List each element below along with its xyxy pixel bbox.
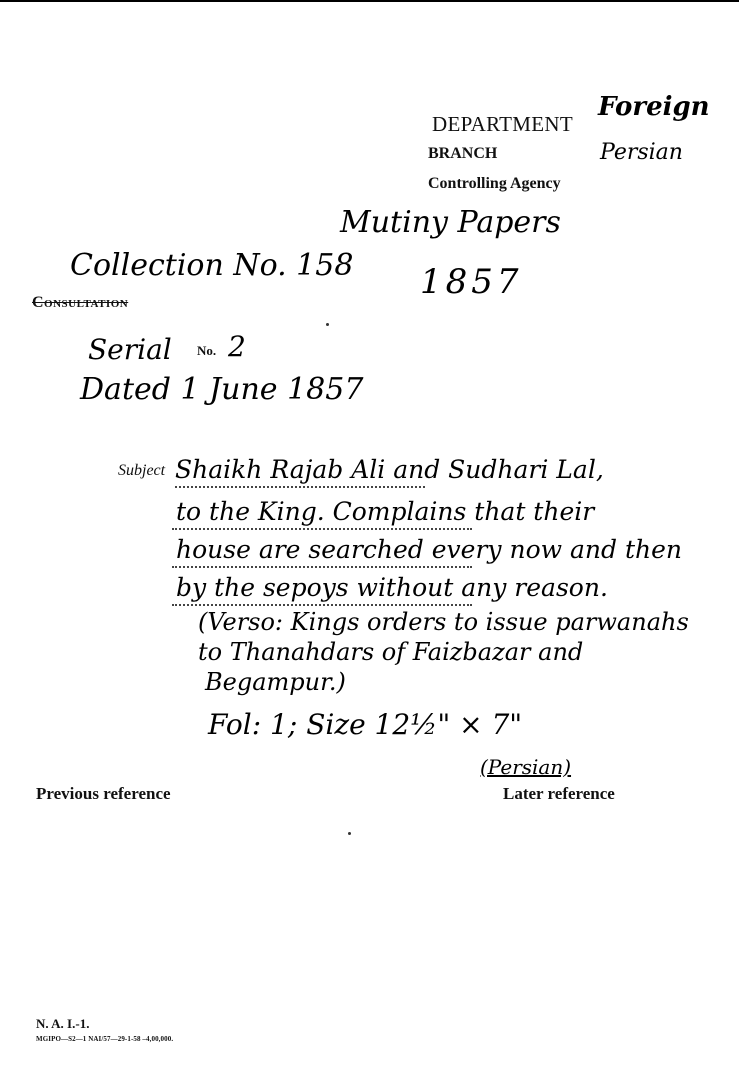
controlling-agency-label: Controlling Agency	[428, 175, 561, 193]
later-reference-label: Later reference	[503, 784, 615, 804]
form-code: N. A. I.-1.	[36, 1016, 89, 1032]
verso-note-line: Begampur.)	[205, 668, 346, 696]
title-year: 1857	[420, 262, 523, 302]
branch-label: BRANCH	[428, 145, 497, 163]
previous-reference-label: Previous reference	[36, 784, 171, 804]
verso-note-line: (Verso: Kings orders to issue parwanahs	[198, 608, 689, 636]
folio-size: Fol: 1; Size 12½" × 7"	[208, 708, 522, 741]
dated-field: Dated 1 June 1857	[80, 372, 363, 407]
department-label: DEPARTMENT	[432, 112, 573, 137]
serial-label: Serial	[88, 333, 172, 366]
subject-text: by the sepoys without any reason.	[176, 573, 608, 602]
subject-line: by the sepoys without any reason.	[172, 568, 472, 606]
branch-value: Persian	[600, 140, 683, 165]
title-note: Mutiny Papers	[340, 205, 561, 240]
subject-line: house are searched every now and then	[172, 530, 472, 568]
subject-text: Shaikh Rajab Ali and Sudhari Lal,	[175, 455, 604, 484]
print-code: MGIPO—S2—1 NAI/57—29-1-58 –4,00,000.	[36, 1035, 173, 1043]
speck	[326, 323, 329, 326]
serial-no-label: No.	[197, 343, 216, 359]
subject-text: house are searched every now and then	[176, 535, 682, 564]
subject-text: to the King. Complains that their	[176, 497, 594, 526]
verso-note-line: to Thanahdars of Faizbazar and	[198, 638, 583, 666]
speck	[348, 832, 351, 835]
serial-value: 2	[228, 330, 246, 363]
subject-line: to the King. Complains that their	[172, 492, 472, 530]
department-value: Foreign	[598, 92, 710, 122]
subject-label: Subject	[118, 462, 165, 480]
collection-number: Collection No. 158	[70, 248, 353, 283]
top-border-line	[0, 0, 739, 2]
subject-line: Shaikh Rajab Ali and Sudhari Lal,	[175, 450, 425, 488]
consultation-label: Consultation	[32, 294, 128, 312]
language-note: (Persian)	[480, 755, 571, 779]
